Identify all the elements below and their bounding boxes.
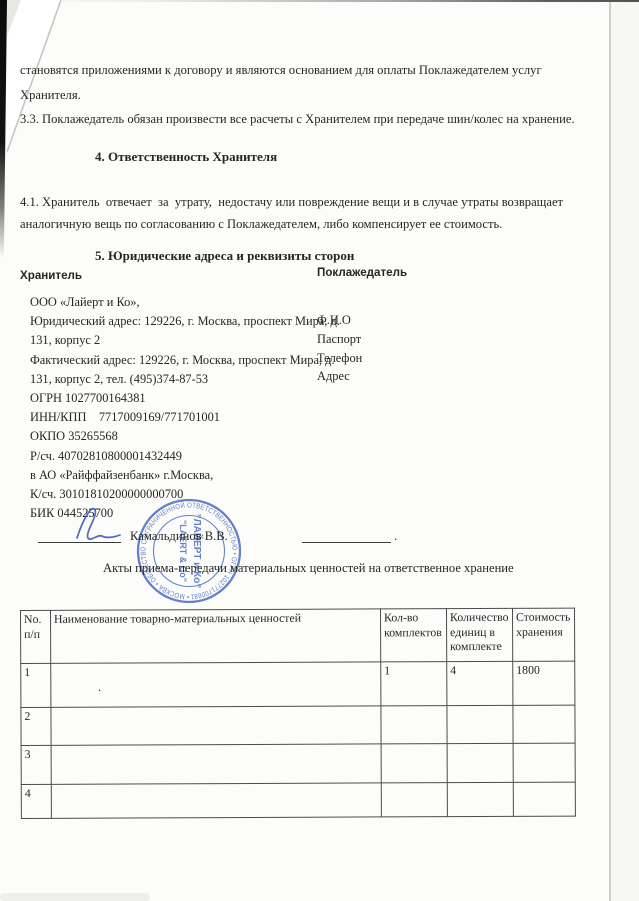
depositor-column-label: Поклажедатель: [317, 266, 407, 279]
requisite-line: Р/сч. 40702810800001432449: [30, 447, 340, 466]
cell-cost: [513, 782, 575, 816]
cell-row-number: 1: [21, 663, 51, 707]
signature-line-depositor: [302, 542, 391, 543]
depositor-field: Адрес: [317, 367, 362, 386]
scan-edge-top: [0, 0, 639, 2]
paragraph-intro-line1: становятся приложениями к договору и явл…: [20, 63, 542, 78]
clause-3-3: 3.3. Поклажедатель обязан произвести все…: [20, 112, 575, 127]
header-cell-sets: Кол-во комплектов: [380, 609, 446, 662]
cell-units: [447, 782, 513, 816]
depositor-fields: Ф.И.О Паспорт Телефон Адрес: [317, 311, 362, 386]
requisite-line: ИНН/КПП 7717009169/771701001: [30, 408, 340, 427]
table-header-row: No. п/п Наименование товарно-материальны…: [21, 608, 575, 663]
requisite-line: 131, корпус 2: [30, 331, 340, 350]
scan-edge-left: [0, 0, 7, 258]
paragraph-intro-line2: Хранителя.: [20, 88, 81, 103]
section-4-title: 4. Ответственность Хранителя: [95, 149, 277, 165]
acts-section-title: Акты приема-передачи материальных ценнос…: [103, 561, 514, 576]
table-row: 1 1 4 1800: [21, 661, 575, 707]
cell-item-name: [51, 744, 381, 784]
scan-stray-dot: .: [98, 680, 101, 695]
page-corner-fold: [7, 0, 79, 158]
depositor-field: Ф.И.О: [317, 311, 362, 330]
cell-row-number: 2: [21, 707, 51, 745]
cell-sets: [381, 744, 447, 783]
requisite-line: Фактический адрес: 129226, г. Москва, пр…: [30, 351, 340, 370]
requisite-line: в АО «Райффайзенбанк» г.Москва,: [30, 466, 340, 485]
requisite-line: ОКПО 35265568: [30, 427, 340, 446]
acts-table-wrapper: No. п/п Наименование товарно-материальны…: [20, 610, 575, 819]
keeper-requisites: ООО «Лайерт и Ко», Юридический адрес: 12…: [30, 293, 340, 523]
cell-cost: [513, 705, 575, 743]
cell-sets: [381, 706, 447, 744]
cell-cost: 1800: [513, 661, 575, 705]
scan-smudge-bottom: [0, 893, 150, 901]
stamp-center-name-ru: "ЛАЙЕРТ и Ко": [191, 514, 204, 588]
keeper-column-label: Хранитель: [20, 269, 82, 282]
section-5-title: 5. Юридические адреса и реквизиты сторон: [95, 248, 354, 264]
table-row: 2: [21, 705, 575, 745]
requisite-line: 131, корпус 2, тел. (495)374-87-53: [30, 370, 340, 389]
header-cell-cost: Стоимость хранения: [512, 608, 574, 661]
cell-row-number: 3: [21, 745, 51, 784]
requisite-line: ОГРН 1027700164381: [30, 389, 340, 408]
requisite-line: Юридический адрес: 129226, г. Москва, пр…: [30, 312, 340, 331]
scan-margin-right: [611, 2, 639, 901]
requisite-line: ООО «Лайерт и Ко»,: [30, 293, 340, 312]
cell-units: [447, 743, 513, 782]
signature-line-keeper: [38, 542, 121, 543]
clause-4-1-line1: 4.1. Хранитель отвечает за утрату, недос…: [20, 195, 563, 210]
cell-units: [447, 705, 513, 743]
company-stamp: • МОСКВА • ОБЩЕСТВО С ОГРАНИЧЕННОЙ ОТВЕТ…: [134, 496, 244, 606]
cell-units: 4: [447, 661, 513, 705]
clause-4-1-line2: аналогичную вещь по согласованию с Покла…: [20, 217, 502, 232]
header-cell-name: Наименование товарно-материальных ценнос…: [51, 609, 381, 663]
handwritten-signature: [70, 501, 132, 545]
cell-item-name: [51, 783, 381, 818]
signature-line-period: .: [394, 529, 397, 544]
table-row: 3: [21, 743, 575, 784]
depositor-field: Паспорт: [317, 330, 362, 349]
cell-sets: [381, 783, 447, 817]
header-cell-number: No. п/п: [21, 610, 51, 663]
cell-row-number: 4: [21, 784, 51, 818]
cell-item-name: [51, 706, 381, 745]
cell-sets: 1: [381, 662, 447, 706]
scanned-contract-page: становятся приложениями к договору и явл…: [0, 0, 639, 901]
table-row: 4: [21, 782, 575, 818]
scan-edge-right: [609, 2, 611, 901]
cell-cost: [513, 743, 575, 782]
acts-table: No. п/п Наименование товарно-материальны…: [20, 608, 576, 819]
depositor-field: Телефон: [317, 349, 362, 368]
header-cell-units: Количество единиц в комплекте: [446, 608, 512, 661]
